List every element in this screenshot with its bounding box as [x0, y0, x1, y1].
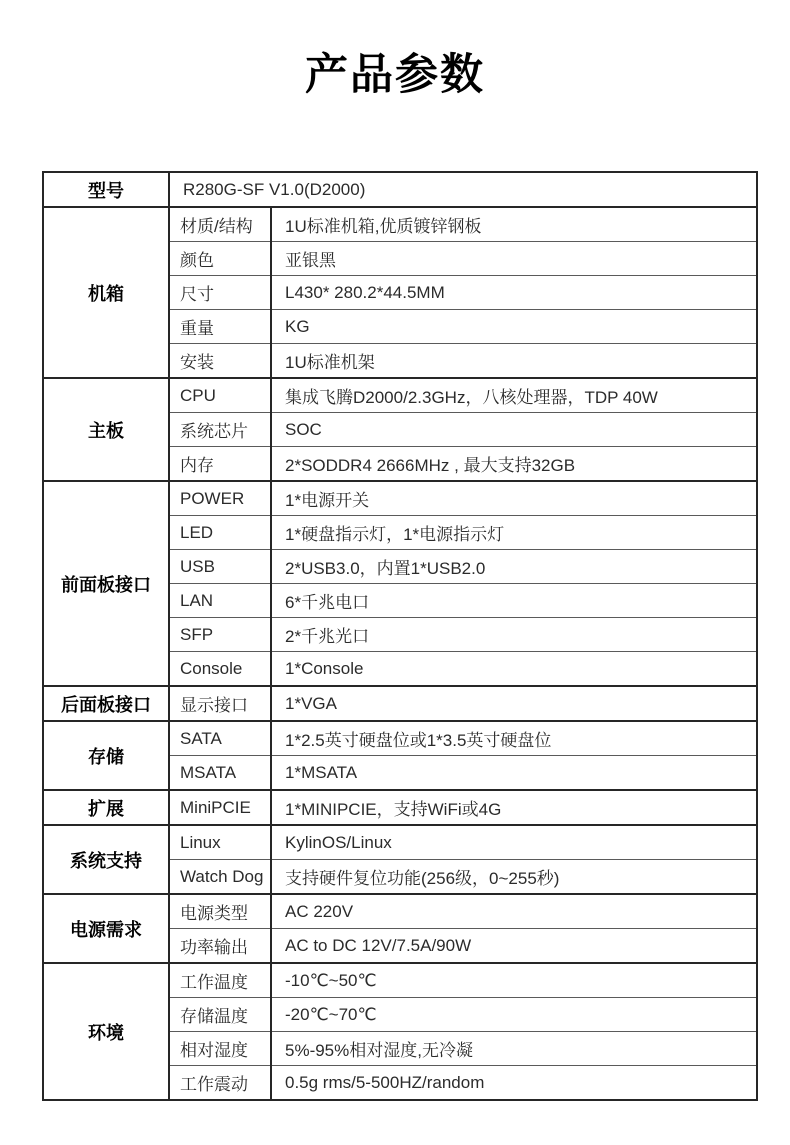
- section-label-chassis: 机箱: [43, 207, 169, 378]
- spec-value-cell: 6*千兆电口: [271, 584, 757, 618]
- spec-value-cell: 1*2.5英寸硬盘位或1*3.5英寸硬盘位: [271, 721, 757, 756]
- table-row: 前面板接口 POWER 1*电源开关: [43, 481, 757, 516]
- section-label-storage: 存储: [43, 721, 169, 790]
- spec-name-cell: 尺寸: [169, 276, 271, 310]
- spec-value-cell: SOC: [271, 413, 757, 447]
- spec-name-cell: POWER: [169, 481, 271, 516]
- spec-value-cell: 2*USB3.0，内置1*USB2.0: [271, 550, 757, 584]
- spec-value-cell: 5%-95%相对湿度,无冷凝: [271, 1032, 757, 1066]
- spec-value-cell: 0.5g rms/5-500HZ/random: [271, 1066, 757, 1101]
- spec-value-cell: KylinOS/Linux: [271, 825, 757, 860]
- table-row-model: 型号 R280G-SF V1.0(D2000): [43, 172, 757, 207]
- table-row: 主板 CPU 集成飞腾D2000/2.3GHz，八核处理器，TDP 40W: [43, 378, 757, 413]
- spec-value-cell: AC 220V: [271, 894, 757, 929]
- spec-value-cell: -20℃~70℃: [271, 998, 757, 1032]
- spec-name-cell: LAN: [169, 584, 271, 618]
- spec-name-cell: 电源类型: [169, 894, 271, 929]
- spec-value-cell: 1*MINIPCIE，支持WiFi或4G: [271, 790, 757, 825]
- spec-value-cell: L430* 280.2*44.5MM: [271, 276, 757, 310]
- spec-name-cell: Console: [169, 652, 271, 687]
- spec-name-cell: 材质/结构: [169, 207, 271, 242]
- model-value: R280G-SF V1.0(D2000): [169, 172, 757, 207]
- table-row: 存储 SATA 1*2.5英寸硬盘位或1*3.5英寸硬盘位: [43, 721, 757, 756]
- section-label-os-support: 系统支持: [43, 825, 169, 894]
- spec-name-cell: SATA: [169, 721, 271, 756]
- spec-value-cell: -10℃~50℃: [271, 963, 757, 998]
- section-label-environment: 环境: [43, 963, 169, 1100]
- spec-value-cell: 1*电源开关: [271, 481, 757, 516]
- spec-table: 型号 R280G-SF V1.0(D2000) 机箱 材质/结构 1U标准机箱,…: [42, 171, 758, 1101]
- table-row: 系统支持 Linux KylinOS/Linux: [43, 825, 757, 860]
- spec-name-cell: 相对湿度: [169, 1032, 271, 1066]
- spec-name-cell: 重量: [169, 310, 271, 344]
- spec-value-cell: 2*千兆光口: [271, 618, 757, 652]
- spec-name-cell: 存储温度: [169, 998, 271, 1032]
- spec-value-cell: KG: [271, 310, 757, 344]
- section-label-power: 电源需求: [43, 894, 169, 963]
- model-label: 型号: [43, 172, 169, 207]
- table-row: 扩展 MiniPCIE 1*MINIPCIE，支持WiFi或4G: [43, 790, 757, 825]
- table-row: 机箱 材质/结构 1U标准机箱,优质镀锌钢板: [43, 207, 757, 242]
- spec-name-cell: 工作温度: [169, 963, 271, 998]
- spec-name-cell: 颜色: [169, 242, 271, 276]
- spec-name-cell: MSATA: [169, 756, 271, 791]
- table-row: 环境 工作温度 -10℃~50℃: [43, 963, 757, 998]
- table-row: 电源需求 电源类型 AC 220V: [43, 894, 757, 929]
- spec-value-cell: 1*硬盘指示灯，1*电源指示灯: [271, 516, 757, 550]
- spec-value-cell: 亚银黑: [271, 242, 757, 276]
- spec-name-cell: MiniPCIE: [169, 790, 271, 825]
- section-label-front-panel: 前面板接口: [43, 481, 169, 686]
- spec-value-cell: 1U标准机箱,优质镀锌钢板: [271, 207, 757, 242]
- spec-value-cell: 2*SODDR4 2666MHz , 最大支持32GB: [271, 447, 757, 482]
- spec-name-cell: LED: [169, 516, 271, 550]
- spec-value-cell: 1*MSATA: [271, 756, 757, 791]
- spec-name-cell: 内存: [169, 447, 271, 482]
- spec-name-cell: USB: [169, 550, 271, 584]
- spec-value-cell: 1*VGA: [271, 686, 757, 721]
- section-label-expansion: 扩展: [43, 790, 169, 825]
- section-label-rear-panel: 后面板接口: [43, 686, 169, 721]
- spec-value-cell: 1*Console: [271, 652, 757, 687]
- page-title: 产品参数: [0, 0, 790, 98]
- spec-value-cell: AC to DC 12V/7.5A/90W: [271, 929, 757, 964]
- table-row: 后面板接口 显示接口 1*VGA: [43, 686, 757, 721]
- spec-name-cell: CPU: [169, 378, 271, 413]
- spec-name-cell: 安装: [169, 344, 271, 379]
- spec-value-cell: 集成飞腾D2000/2.3GHz，八核处理器，TDP 40W: [271, 378, 757, 413]
- spec-name-cell: 工作震动: [169, 1066, 271, 1101]
- spec-name-cell: 功率输出: [169, 929, 271, 964]
- spec-name-cell: Linux: [169, 825, 271, 860]
- spec-name-cell: 系统芯片: [169, 413, 271, 447]
- product-spec-page: 产品参数 型号 R280G-SF V1.0(D2000) 机箱 材质/结构 1U…: [0, 0, 790, 1145]
- section-label-mainboard: 主板: [43, 378, 169, 481]
- spec-name-cell: 显示接口: [169, 686, 271, 721]
- spec-name-cell: Watch Dog: [169, 860, 271, 895]
- spec-value-cell: 1U标准机架: [271, 344, 757, 379]
- spec-name-cell: SFP: [169, 618, 271, 652]
- spec-value-cell: 支持硬件复位功能(256级，0~255秒): [271, 860, 757, 895]
